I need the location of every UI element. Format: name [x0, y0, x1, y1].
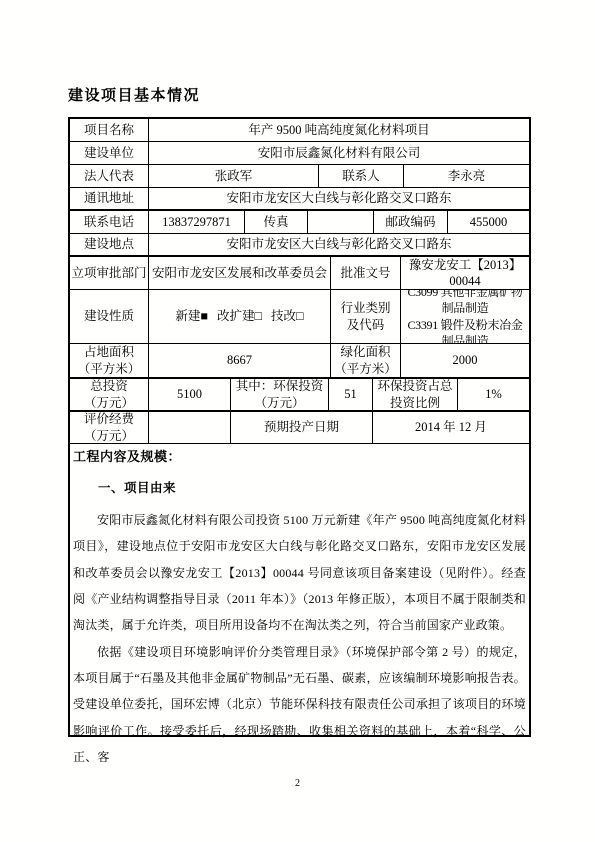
industry-label: 行业类别 及代码: [331, 290, 401, 343]
content-heading: 工程内容及规模：: [73, 449, 526, 466]
table-row: 建设性质 新建■ 改扩建□ 技改□ 行业类别 及代码 C3099 其他非金属矿物…: [70, 290, 529, 344]
build-unit-value: 安阳市辰鑫氮化材料有限公司: [149, 142, 529, 164]
table-row: 建设地点 安阳市龙安区大白线与彰化路交叉口路东: [70, 234, 529, 257]
approval-dept-label: 立项审批部门: [70, 257, 149, 289]
basic-info-table: 项目名称 年产 9500 吨高纯度氮化材料项目 建设单位 安阳市辰鑫氮化材料有限…: [68, 117, 531, 737]
nature-label: 建设性质: [70, 290, 149, 343]
env-ratio-label-line: 环保投资占总: [377, 379, 452, 395]
table-row: 联系电话 13837297871 传真 邮政编码 455000: [70, 211, 529, 234]
total-investment-label-line: 总投资: [90, 379, 128, 395]
table-row: 总投资 （万元） 5100 其中：环保投资 （万元） 51 环保投资占总 投资比…: [70, 379, 529, 412]
approval-no-line: 豫安龙安工【2013】: [409, 257, 522, 273]
industry-value: C3099 其他非金属矿物制品制造 C3391 锻件及粉末冶金制品制造: [401, 290, 529, 343]
content-subheading: 一、项目由来: [73, 480, 526, 496]
env-ratio-value: 1%: [458, 379, 529, 410]
project-content-section: 工程内容及规模： 一、项目由来 安阳市辰鑫氮化材料有限公司投资 5100 万元新…: [70, 444, 529, 770]
legal-rep-value: 张政军: [149, 165, 319, 187]
green-area-label-line: （平方米）: [334, 361, 397, 377]
total-investment-label: 总投资 （万元）: [70, 379, 149, 410]
nature-option-new: 新建■: [175, 308, 208, 324]
industry-label-line: 及代码: [347, 317, 385, 333]
site-label: 建设地点: [70, 234, 149, 255]
land-area-value: 8667: [149, 344, 331, 377]
site-value: 安阳市龙安区大白线与彰化路交叉口路东: [149, 234, 529, 255]
total-investment-label-line: （万元）: [84, 395, 134, 411]
industry-code-line: C3099 其他非金属矿物制品制造: [402, 290, 528, 317]
contact-value: 李永亮: [404, 165, 529, 187]
env-investment-label: 其中：环保投资 （万元）: [231, 379, 329, 410]
start-date-label: 预期投产日期: [231, 412, 373, 443]
approval-dept-value: 安阳市龙安区发展和改革委员会: [149, 257, 331, 289]
postcode-value: 455000: [448, 211, 529, 233]
env-ratio-label-line: 投资比例: [390, 395, 440, 411]
env-investment-label-line: （万元）: [254, 395, 304, 411]
page-title: 建设项目基本情况: [68, 84, 200, 105]
table-row: 法人代表 张政军 联系人 李永亮: [70, 165, 529, 188]
postcode-label: 邮政编码: [374, 211, 448, 233]
approval-no-value: 豫安龙安工【2013】 00044: [401, 257, 529, 289]
eval-fee-label-line: 评价经费: [84, 412, 134, 428]
start-date-value: 2014 年 12 月: [373, 412, 529, 443]
industry-code-line: C3391 锻件及粉末冶金制品制造: [402, 317, 528, 344]
contact-label: 联系人: [319, 165, 404, 187]
industry-label-line: 行业类别: [340, 300, 390, 316]
fax-value: [308, 211, 374, 233]
eval-fee-label-line: （万元）: [84, 428, 134, 444]
phone-label: 联系电话: [70, 211, 149, 233]
mail-address-label: 通讯地址: [70, 188, 149, 209]
table-row: 建设单位 安阳市辰鑫氮化材料有限公司: [70, 142, 529, 165]
total-investment-value: 5100: [149, 379, 231, 410]
legal-rep-label: 法人代表: [70, 165, 149, 187]
nature-options: 新建■ 改扩建□ 技改□: [149, 290, 331, 343]
table-row: 立项审批部门 安阳市龙安区发展和改革委员会 批准文号 豫安龙安工【2013】 0…: [70, 257, 529, 290]
eval-fee-label: 评价经费 （万元）: [70, 412, 149, 443]
content-paragraph: 依据《建设项目环境影响评价分类管理目录》（环境保护部令第 2 号）的规定，本项目…: [73, 639, 526, 770]
eval-fee-value: [149, 412, 231, 443]
env-investment-label-line: 其中：环保投资: [236, 379, 324, 395]
approval-no-line: 00044: [449, 273, 480, 289]
document-page: 建设项目基本情况 项目名称 年产 9500 吨高纯度氮化材料项目 建设单位 安阳…: [0, 0, 595, 842]
table-row: 占地面积 （平方米） 8667 绿化面积 （平方米） 2000: [70, 344, 529, 379]
project-name-label: 项目名称: [70, 119, 149, 141]
approval-no-label: 批准文号: [331, 257, 401, 289]
project-name-value: 年产 9500 吨高纯度氮化材料项目: [149, 119, 529, 141]
land-area-label: 占地面积 （平方米）: [70, 344, 149, 377]
land-area-label-line: （平方米）: [78, 361, 141, 377]
green-area-label-line: 绿化面积: [340, 344, 390, 360]
green-area-label: 绿化面积 （平方米）: [331, 344, 401, 377]
phone-value: 13837297871: [149, 211, 245, 233]
fax-label: 传真: [245, 211, 308, 233]
build-unit-label: 建设单位: [70, 142, 149, 164]
table-row: 工程内容及规模： 一、项目由来 安阳市辰鑫氮化材料有限公司投资 5100 万元新…: [70, 444, 529, 770]
content-paragraph: 安阳市辰鑫氮化材料有限公司投资 5100 万元新建《年产 9500 吨高纯度氮化…: [73, 507, 526, 638]
env-ratio-label: 环保投资占总 投资比例: [373, 379, 458, 410]
table-row: 通讯地址 安阳市龙安区大白线与彰化路交叉口路东: [70, 188, 529, 211]
page-number: 2: [0, 778, 595, 789]
mail-address-value: 安阳市龙安区大白线与彰化路交叉口路东: [149, 188, 529, 209]
nature-option-techmod: 技改□: [271, 308, 304, 324]
green-area-value: 2000: [401, 344, 529, 377]
table-row: 评价经费 （万元） 预期投产日期 2014 年 12 月: [70, 412, 529, 444]
env-investment-value: 51: [329, 379, 373, 410]
table-row: 项目名称 年产 9500 吨高纯度氮化材料项目: [70, 119, 529, 142]
nature-option-expand: 改扩建□: [217, 308, 262, 324]
land-area-label-line: 占地面积: [84, 344, 134, 360]
